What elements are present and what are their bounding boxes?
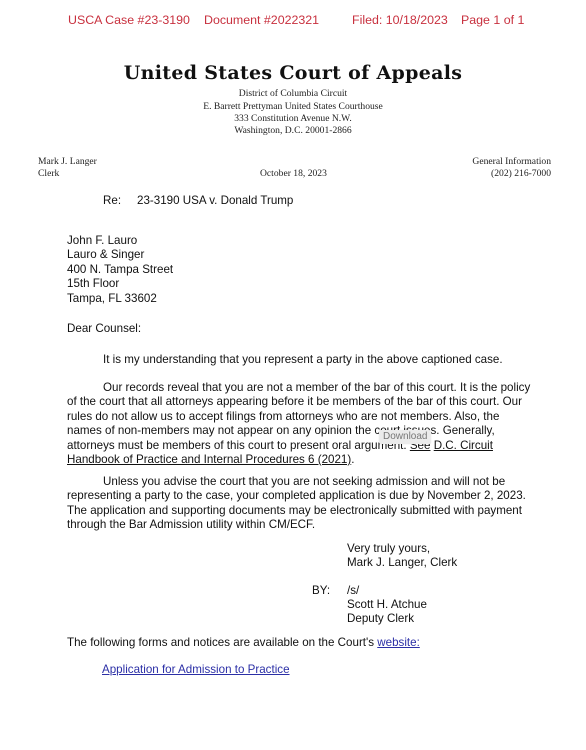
addressee-name: John F. Lauro — [67, 234, 173, 248]
valediction: Very truly yours, — [347, 542, 430, 555]
paragraph-2-end: . — [351, 453, 354, 466]
website-link[interactable]: website: — [377, 636, 420, 649]
filed-date: Filed: 10/18/2023 — [352, 13, 448, 27]
salutation: Dear Counsel: — [67, 322, 141, 335]
courthouse-name: E. Barrett Prettyman United States Court… — [0, 101, 586, 112]
document-number: Document #2022321 — [204, 13, 319, 27]
deputy-name: Scott H. Atchue — [347, 598, 427, 611]
paragraph-representation: It is my understanding that you represen… — [67, 353, 537, 367]
clerk-title: Clerk — [38, 168, 59, 179]
forms-notice-text: The following forms and notices are avai… — [67, 636, 377, 649]
addressee-floor: 15th Floor — [67, 277, 173, 291]
re-label: Re: — [103, 194, 121, 207]
signer-name: Mark J. Langer, Clerk — [347, 556, 457, 569]
circuit-name: District of Columbia Circuit — [0, 88, 586, 99]
letter-date: October 18, 2023 — [260, 168, 327, 179]
courthouse-street: 333 Constitution Avenue N.W. — [0, 113, 586, 124]
addressee-street: 400 N. Tampa Street — [67, 263, 173, 277]
deputy-title: Deputy Clerk — [347, 612, 414, 625]
paragraph-application-deadline: Unless you advise the court that you are… — [67, 475, 537, 533]
clerk-name: Mark J. Langer — [38, 156, 97, 167]
application-link-row: Application for Admission to Practice — [102, 663, 290, 676]
addressee-city: Tampa, FL 33602 — [67, 292, 173, 306]
re-case: 23-3190 USA v. Donald Trump — [137, 194, 293, 207]
paragraph-bar-membership: Our records reveal that you are not a me… — [67, 381, 537, 467]
general-info-label: General Information — [472, 156, 551, 167]
addressee-firm: Lauro & Singer — [67, 248, 173, 262]
case-number: USCA Case #23-3190 — [68, 13, 190, 27]
court-name: United States Court of Appeals — [0, 62, 586, 84]
download-tooltip[interactable]: Download — [379, 430, 431, 444]
forms-notice: The following forms and notices are avai… — [67, 636, 420, 649]
addressee-block: John F. Lauro Lauro & Singer 400 N. Tamp… — [67, 234, 173, 306]
paragraph-3-text: Unless you advise the court that you are… — [67, 475, 526, 531]
courthouse-city: Washington, D.C. 20001-2866 — [0, 125, 586, 136]
paragraph-1-text: It is my understanding that you represen… — [103, 353, 503, 366]
by-label: BY: — [312, 584, 330, 597]
application-for-admission-link[interactable]: Application for Admission to Practice — [102, 663, 290, 676]
general-info-phone: (202) 216-7000 — [491, 168, 551, 179]
signature-mark: /s/ — [347, 584, 359, 597]
page-indicator: Page 1 of 1 — [461, 13, 524, 27]
